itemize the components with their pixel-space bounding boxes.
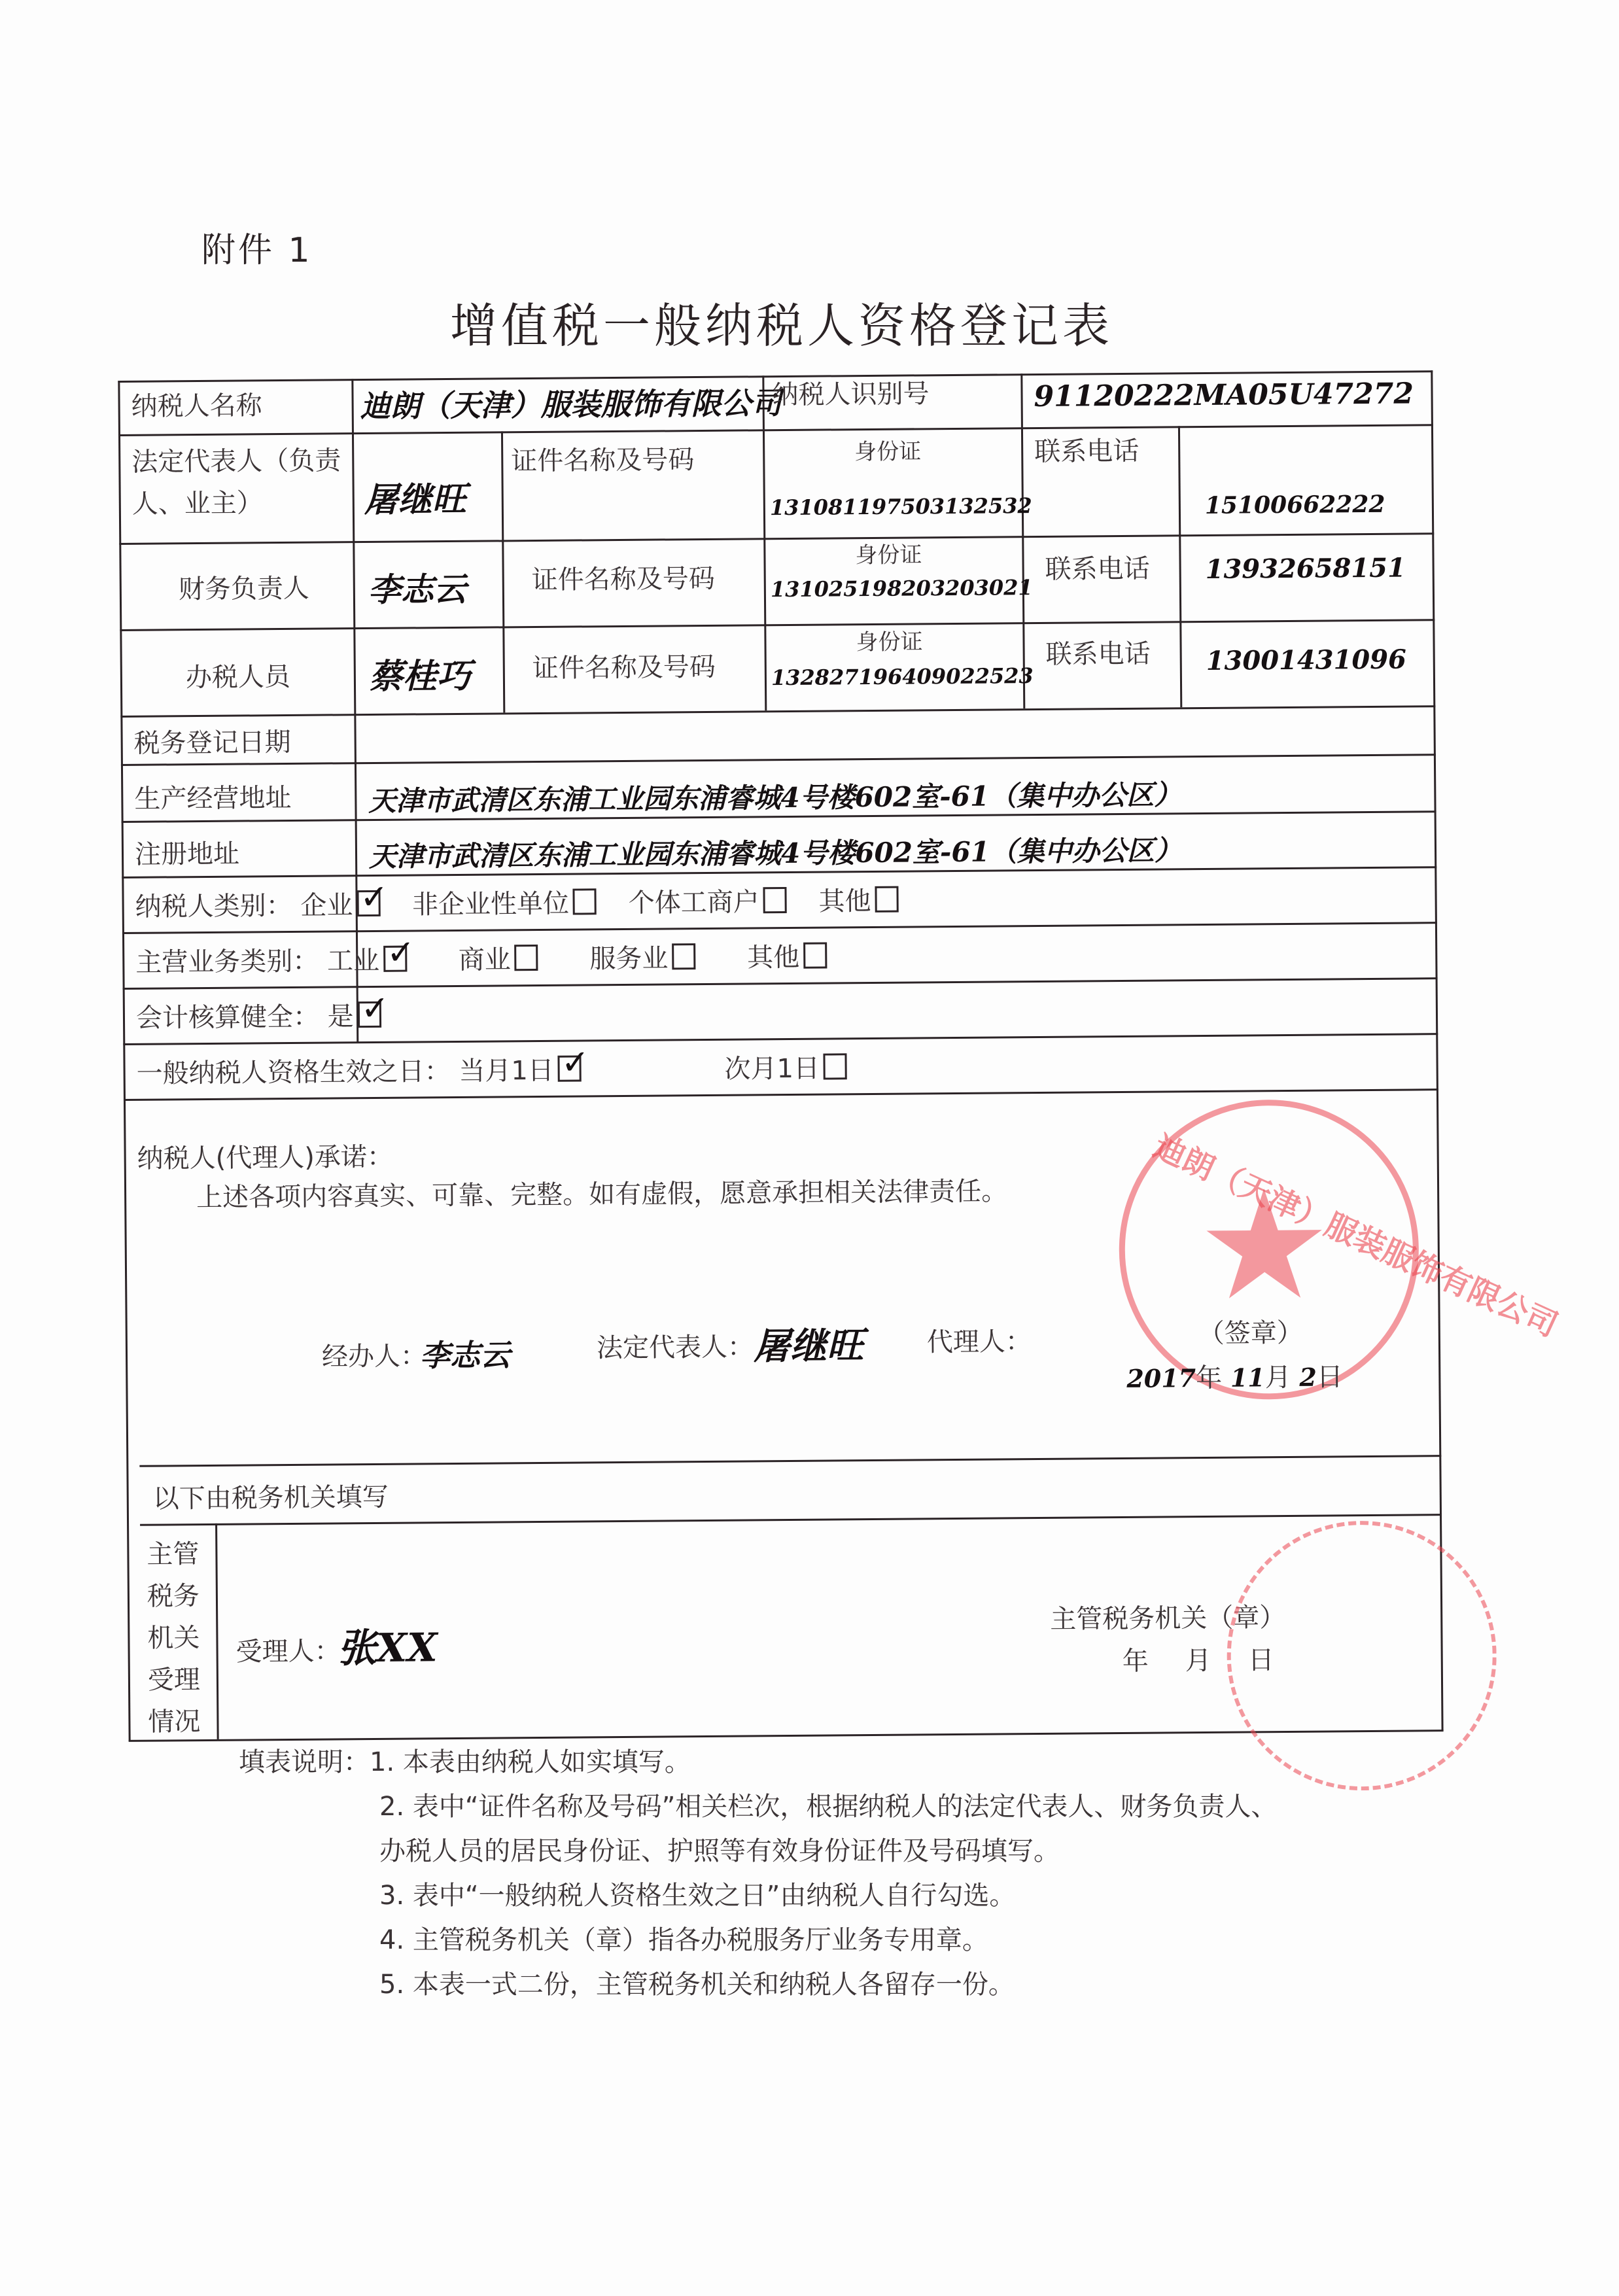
column-divider xyxy=(501,431,505,712)
option-label: 工业 xyxy=(327,946,379,977)
accounting-label: 会计核算健全： xyxy=(136,1002,319,1034)
business-type-option[interactable]: 服务业 xyxy=(589,937,699,975)
finance-head-id-number[interactable]: 131025198203203021 xyxy=(771,575,1033,602)
row-divider xyxy=(123,977,1438,990)
business-type-label: 主营业务类别： xyxy=(135,947,319,978)
row-divider xyxy=(120,705,1435,718)
checkbox-checked[interactable] xyxy=(358,1001,381,1028)
taxpayer-type-option[interactable]: 个体工商户 xyxy=(629,881,791,920)
instruction-item: 1. 本表由纳税人如实填写。 xyxy=(370,1747,691,1777)
legal-rep-id-label: 证件名称及号码 xyxy=(511,439,694,478)
option-label: 是 xyxy=(328,1001,354,1032)
tax-office-side-label: 主管税务机关受理情况 xyxy=(147,1533,207,1743)
year-unit: 年 xyxy=(1196,1363,1222,1393)
date-month[interactable]: 11 xyxy=(1230,1363,1265,1392)
legal-rep-phone-label: 联系电话 xyxy=(1034,430,1139,468)
instructions-prefix: 填表说明： xyxy=(239,1747,370,1777)
instruction-line: 填表说明：1. 本表由纳税人如实填写。 xyxy=(239,1740,1277,1784)
month-unit: 月 xyxy=(1265,1363,1291,1393)
tax-officer-id-label: 证件名称及号码 xyxy=(532,646,716,685)
registered-address-value[interactable]: 天津市武清区东浦工业园东浦睿城4号楼602室-61（集中办公区） xyxy=(369,829,1182,875)
option-label: 服务业 xyxy=(589,943,668,974)
checkbox[interactable] xyxy=(763,887,787,913)
legal-rep-signature[interactable]: 屠继旺 xyxy=(754,1317,864,1370)
attachment-label: 附件 1 xyxy=(201,222,313,271)
option-label: 当月1日 xyxy=(459,1056,554,1087)
option-label: 其他 xyxy=(747,943,799,973)
handler-signature[interactable]: 李志云 xyxy=(420,1331,511,1375)
tax-reg-date-label: 税务登记日期 xyxy=(133,722,290,760)
sign-seal-label: （签章） xyxy=(1198,1312,1303,1350)
row-divider xyxy=(140,1514,1442,1526)
tax-officer-name[interactable]: 蔡桂巧 xyxy=(369,648,472,698)
taxpayer-name-label: 纳税人名称 xyxy=(131,385,262,423)
receiver-label: 受理人： xyxy=(235,1630,340,1668)
instructions: 填表说明：1. 本表由纳税人如实填写。 2. 表中“证件名称及号码”相关栏次，根… xyxy=(239,1740,1277,2007)
row-divider xyxy=(139,1455,1441,1467)
row-divider xyxy=(121,754,1436,766)
tax-office-heading: 以下由税务机关填写 xyxy=(153,1476,389,1516)
row-divider xyxy=(119,532,1434,545)
checkbox[interactable] xyxy=(803,943,827,969)
legal-rep-id-type: 身份证 xyxy=(854,433,921,466)
receiver-signature[interactable]: 张XX xyxy=(337,1616,438,1673)
option-label: 非企业性单位 xyxy=(412,889,569,920)
row-divider xyxy=(123,1033,1438,1045)
checkbox[interactable] xyxy=(515,945,538,971)
checkbox[interactable] xyxy=(573,888,597,914)
business-type-option[interactable]: 其他 xyxy=(747,936,831,974)
registered-address-label: 注册地址 xyxy=(135,833,239,871)
option-label: 商业 xyxy=(459,945,511,975)
checkbox[interactable] xyxy=(672,943,695,969)
instruction-item: 2. 表中“证件名称及号码”相关栏次，根据纳税人的法定代表人、财务负责人、 xyxy=(239,1784,1277,1829)
row-divider xyxy=(124,1088,1438,1101)
business-type-row: 主营业务类别： 工业 商业 服务业 其他 xyxy=(135,936,850,979)
taxpayer-type-option[interactable]: 其他 xyxy=(818,880,902,918)
row-divider xyxy=(122,922,1437,934)
option-label: 其他 xyxy=(818,886,871,917)
column-divider xyxy=(763,429,767,710)
commitment-date: 2017年 11月 2日 xyxy=(1126,1356,1343,1395)
instruction-item: 办税人员的居民身份证、护照等有效身份证件及号码填写。 xyxy=(239,1829,1277,1873)
date-day[interactable]: 2 xyxy=(1299,1363,1317,1392)
handler-label: 经办人： xyxy=(322,1335,427,1373)
effective-date-option[interactable]: 次月1日 xyxy=(724,1047,851,1086)
taxpayer-name-value[interactable]: 迪朗（天津）服装服饰有限公司 xyxy=(360,379,781,426)
registration-form: 纳税人名称 迪朗（天津）服装服饰有限公司 纳税人识别号 91120222MA05… xyxy=(118,343,1444,1747)
legal-rep-id-number[interactable]: 131081197503132532 xyxy=(770,493,1032,520)
legal-rep-label: 法定代表人（负责人、业主） xyxy=(131,440,341,525)
column-divider xyxy=(1178,426,1182,707)
effective-date-option[interactable]: 当月1日 xyxy=(459,1049,585,1088)
tax-officer-id-type: 身份证 xyxy=(856,623,922,656)
tax-officer-label: 办税人员 xyxy=(186,656,290,694)
option-label: 企业 xyxy=(300,890,353,921)
row-divider xyxy=(118,424,1433,436)
taxpayer-type-option[interactable]: 非企业性单位 xyxy=(412,882,601,921)
instruction-item: 5. 本表一式二份，主管税务机关和纳税人各留存一份。 xyxy=(239,1962,1277,2007)
checkbox[interactable] xyxy=(875,886,898,913)
tax-officer-phone[interactable]: 13001431096 xyxy=(1206,644,1407,676)
effective-date-row: 一般纳税人资格生效之日： 当月1日 次月1日 xyxy=(136,1047,871,1090)
checkbox-checked[interactable] xyxy=(357,890,380,916)
date-year[interactable]: 2017 xyxy=(1126,1363,1196,1393)
instruction-item: 3. 表中“一般纳税人资格生效之日”由纳税人自行勾选。 xyxy=(239,1873,1277,1918)
taxpayer-id-label: 纳税人识别号 xyxy=(772,373,929,411)
accounting-option[interactable]: 是 xyxy=(327,996,385,1034)
tax-officer-phone-label: 联系电话 xyxy=(1045,633,1150,671)
finance-head-id-type: 身份证 xyxy=(855,536,922,569)
agent-label: 代理人： xyxy=(927,1321,1032,1359)
business-address-value[interactable]: 天津市武清区东浦工业园东浦睿城4号楼602室-61（集中办公区） xyxy=(368,773,1181,819)
taxpayer-id-value[interactable]: 91120222MA05U47272 xyxy=(1034,377,1414,413)
instruction-item: 4. 主管税务机关（章）指各办税服务厅业务专用章。 xyxy=(239,1918,1277,1962)
checkbox-checked[interactable] xyxy=(383,946,407,972)
finance-head-name[interactable]: 李志云 xyxy=(368,563,467,611)
business-type-option[interactable]: 商业 xyxy=(458,939,542,977)
finance-head-label: 财务负责人 xyxy=(179,568,309,606)
column-divider xyxy=(215,1523,219,1739)
finance-head-id-label: 证件名称及号码 xyxy=(531,558,714,597)
tax-officer-id-number[interactable]: 132827196409022523 xyxy=(771,663,1034,690)
commitment-text: 上述各项内容真实、可靠、完整。如有虚假，愿意承担相关法律责任。 xyxy=(196,1170,1007,1214)
legal-rep-sign-label: 法定代表人： xyxy=(597,1326,754,1365)
table-border xyxy=(1431,370,1443,1731)
checkbox-checked[interactable] xyxy=(558,1055,582,1081)
effective-date-label: 一般纳税人资格生效之日： xyxy=(136,1056,450,1089)
option-label: 个体工商户 xyxy=(629,887,759,918)
business-type-option[interactable]: 工业 xyxy=(327,940,411,978)
checkbox[interactable] xyxy=(824,1053,847,1079)
taxpayer-type-label: 纳税人类别： xyxy=(135,891,292,922)
legal-rep-phone[interactable]: 15100662222 xyxy=(1205,491,1385,519)
legal-rep-name[interactable]: 屠继旺 xyxy=(364,472,466,521)
day-unit: 日 xyxy=(1317,1362,1343,1392)
option-label: 次月1日 xyxy=(724,1054,820,1085)
finance-head-phone[interactable]: 13932658151 xyxy=(1205,553,1406,585)
accounting-row: 会计核算健全： 是 xyxy=(136,996,405,1035)
taxpayer-type-row: 纳税人类别： 企业 非企业性单位 个体工商户 其他 xyxy=(135,880,922,923)
commitment-heading: 纳税人(代理人)承诺： xyxy=(137,1136,393,1175)
company-seal: ★ 迪朗（天津）服装服饰有限公司 xyxy=(1118,1098,1420,1400)
table-border xyxy=(118,381,130,1741)
row-divider xyxy=(120,619,1435,631)
business-address-label: 生产经营地址 xyxy=(134,777,291,816)
column-divider xyxy=(1020,374,1023,427)
taxpayer-type-option[interactable]: 企业 xyxy=(300,884,384,922)
finance-head-phone-label: 联系电话 xyxy=(1045,548,1149,586)
